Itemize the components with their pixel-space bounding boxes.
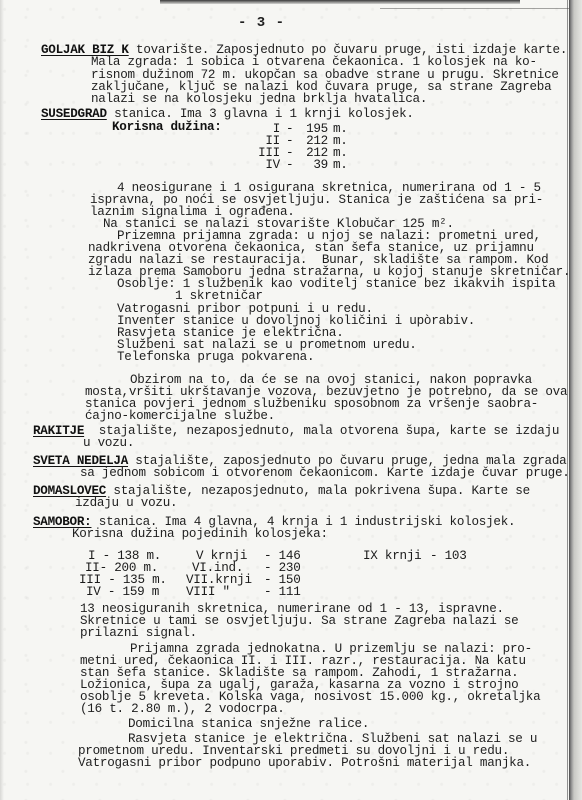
text-line: Telefonska pruga pokvarena.: [117, 351, 314, 364]
scan-top-edge-line: [380, 8, 580, 9]
text-line: prilazni signal.: [80, 627, 197, 640]
text-line: (16 t. 2.80 m.), 2 vodocrpa.: [80, 703, 285, 716]
track-length: - 103: [430, 550, 467, 563]
scan-right-line: [567, 0, 568, 800]
document-page: - 3 - GOLJAK BIZ K tovarište. Zaposjednu…: [0, 0, 582, 800]
section-susedgrad: SUSEDGRAD stanica. Ima 3 glavna i 1 krnj…: [41, 108, 414, 121]
track-id: IV: [252, 159, 280, 172]
text-line: Vatrogasni pribor podpuno uporabiv. Potr…: [78, 757, 531, 770]
text-line: u vozu.: [83, 437, 134, 450]
scan-top-edge: [160, 0, 520, 4]
track-entry: IV - 159 m: [86, 586, 159, 599]
text-line: ćajno-komercijalne službe.: [85, 410, 275, 423]
track-id: IX krnji: [363, 550, 421, 563]
track-dash: -: [286, 159, 293, 172]
page-number: - 3 -: [238, 17, 285, 30]
text-line: Domicilna stanica snježne ralice.: [128, 718, 369, 731]
section-heading: SUSEDGRAD: [41, 107, 107, 121]
track-length: 39: [300, 159, 328, 172]
track-unit: m.: [333, 159, 348, 172]
track-length: - 111: [264, 586, 301, 599]
scan-right-edge: [569, 0, 582, 800]
track-id: VIII ": [186, 586, 230, 599]
text-line: sa jednom sobicom i otvorenom čekaonicom…: [80, 467, 570, 480]
section-heading: RAKITJE: [33, 424, 84, 438]
track-length-label: Korisna dužina:: [112, 121, 222, 134]
text-line: izdaju u vozu.: [75, 497, 177, 510]
text-line: nalazi se na kolosjeku jedna brklja hvat…: [91, 93, 427, 106]
text-line: Korisna dužina pojedinih kolosjeka:: [72, 528, 328, 541]
scan-left-shade: [0, 0, 4, 800]
